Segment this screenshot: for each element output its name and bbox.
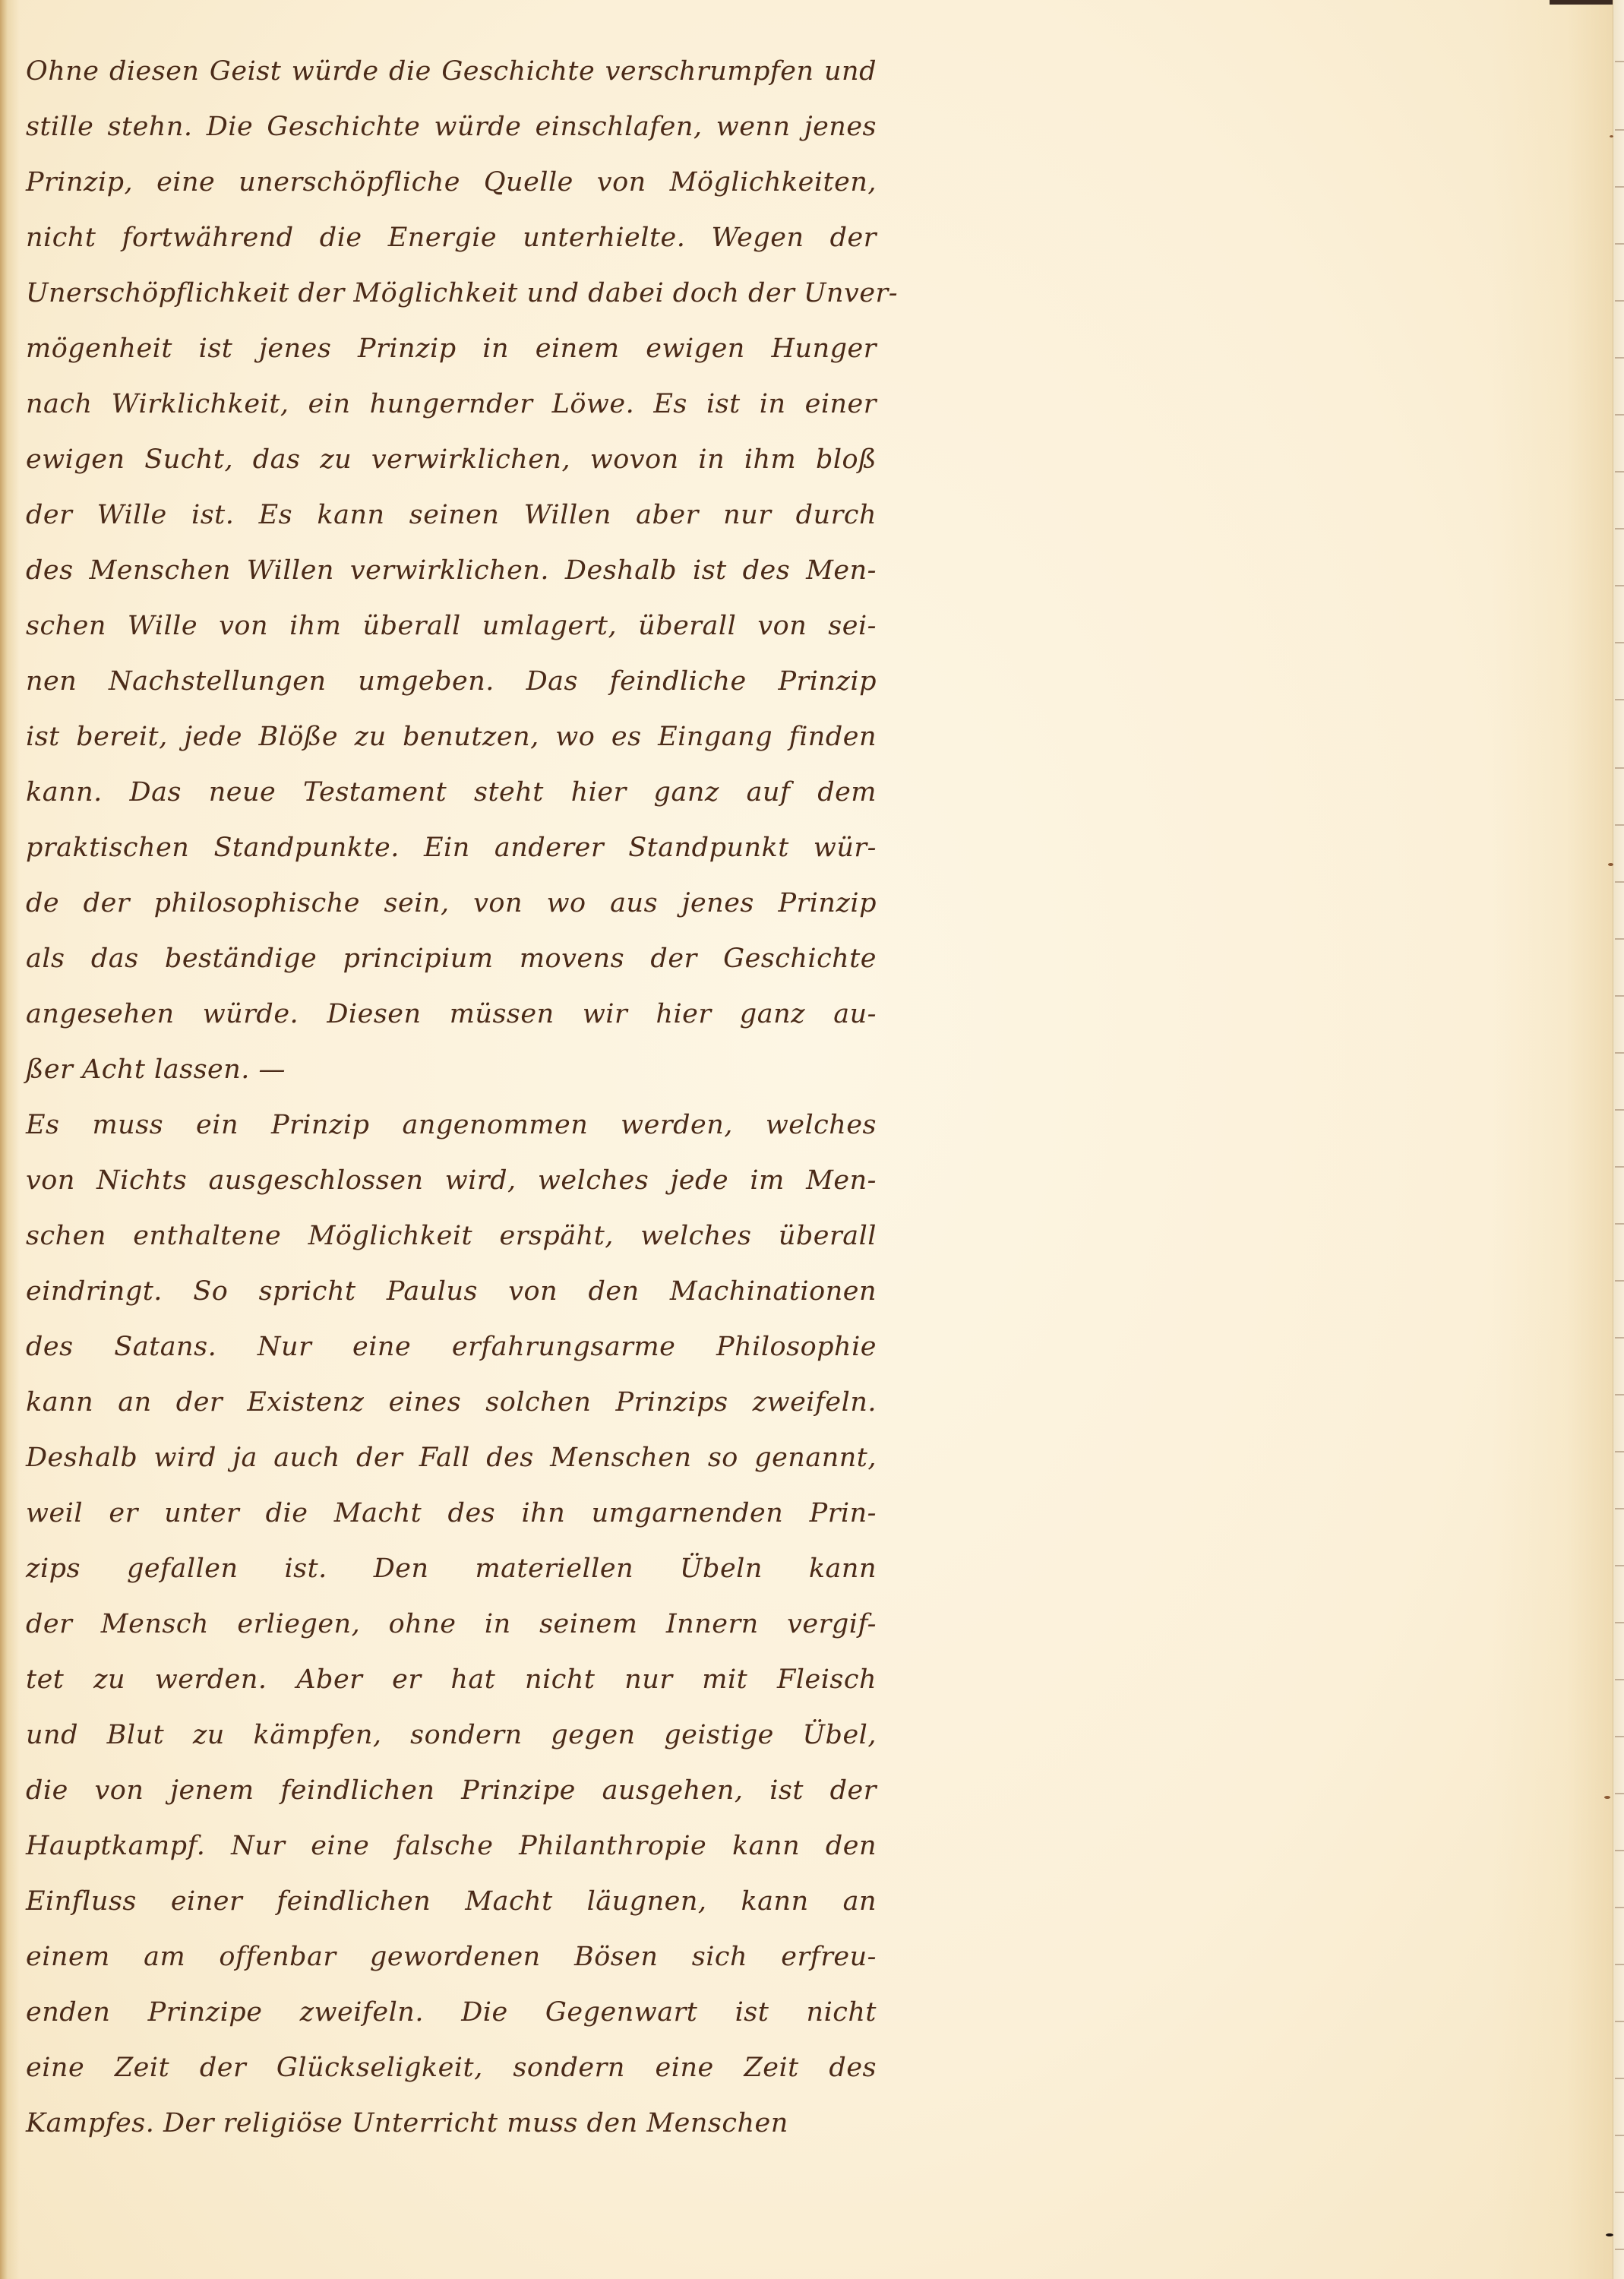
- text-line: kann. Das neue Testament steht hier ganz…: [26, 765, 877, 820]
- text-line: ewigen Sucht, das zu verwirklichen, wovo…: [26, 432, 877, 488]
- text-line: schen Wille von ihm überall umlagert, üb…: [26, 599, 877, 654]
- text-line: von Nichts ausgeschlossen wird, welches …: [26, 1153, 877, 1209]
- text-line: einem am offenbar gewordenen Bösen sich …: [26, 1930, 877, 1985]
- text-line: Ohne diesen Geist würde die Geschichte v…: [26, 44, 877, 100]
- text-line: schen enthaltene Möglichkeit erspäht, we…: [26, 1209, 877, 1264]
- text-line: nen Nachstellungen umgeben. Das feindlic…: [26, 654, 877, 710]
- text-line: praktischen Standpunkte. Ein anderer Sta…: [26, 820, 877, 876]
- text-line: de der philosophische sein, von wo aus j…: [26, 876, 877, 931]
- text-line: als das beständige principium movens der…: [26, 931, 877, 987]
- text-line-paragraph-end: ßer Acht lassen. —: [26, 1042, 877, 1098]
- text-line: nach Wirklichkeit, ein hungernder Löwe. …: [26, 377, 877, 432]
- text-line: ist bereit, jede Blöße zu benutzen, wo e…: [26, 710, 877, 765]
- text-line: der Wille ist. Es kann seinen Willen abe…: [26, 488, 877, 543]
- text-line: enden Prinzipe zweifeln. Die Gegenwart i…: [26, 1985, 877, 2040]
- underlying-page-edge: [1613, 0, 1624, 2279]
- text-line: kann an der Existenz eines solchen Prinz…: [26, 1375, 877, 1430]
- text-line: nicht fortwährend die Energie unterhielt…: [26, 210, 877, 266]
- text-line: und Blut zu kämpfen, sondern gegen geist…: [26, 1708, 877, 1763]
- text-line: Einfluss einer feindlichen Macht läugnen…: [26, 1874, 877, 1930]
- text-line: Prinzip, eine unerschöpfliche Quelle von…: [26, 155, 877, 210]
- text-line: Unerschöpflichkeit der Möglichkeit und d…: [26, 266, 877, 321]
- text-line: eine Zeit der Glückseligkeit, sondern ei…: [26, 2040, 877, 2096]
- text-line: Hauptkampf. Nur eine falsche Philanthrop…: [26, 1819, 877, 1874]
- text-line-paragraph-start: Es muss ein Prinzip angenommen werden, w…: [26, 1098, 877, 1153]
- text-line: angesehen würde. Diesen müssen wir hier …: [26, 987, 877, 1042]
- manuscript-text: Ohne diesen Geist würde die Geschichte v…: [26, 44, 877, 2151]
- text-line: zips gefallen ist. Den materiellen Übeln…: [26, 1541, 877, 1597]
- text-line: mögenheit ist jenes Prinzip in einem ewi…: [26, 321, 877, 377]
- text-line: Deshalb wird ja auch der Fall des Mensch…: [26, 1430, 877, 1486]
- text-line: eindringt. So spricht Paulus von den Mac…: [26, 1264, 877, 1320]
- text-line: weil er unter die Macht des ihn umgarnen…: [26, 1486, 877, 1541]
- text-line: der Mensch erliegen, ohne in seinem Inne…: [26, 1597, 877, 1652]
- text-line: des Satans. Nur eine erfahrungsarme Phil…: [26, 1320, 877, 1375]
- text-line: des Menschen Willen verwirklichen. Desha…: [26, 543, 877, 599]
- text-line: stille stehn. Die Geschichte würde einsc…: [26, 100, 877, 155]
- text-line: die von jenem feindlichen Prinzipe ausge…: [26, 1763, 877, 1819]
- text-line: Kampfes. Der religiöse Unterricht muss d…: [26, 2096, 877, 2151]
- text-line: tet zu werden. Aber er hat nicht nur mit…: [26, 1652, 877, 1708]
